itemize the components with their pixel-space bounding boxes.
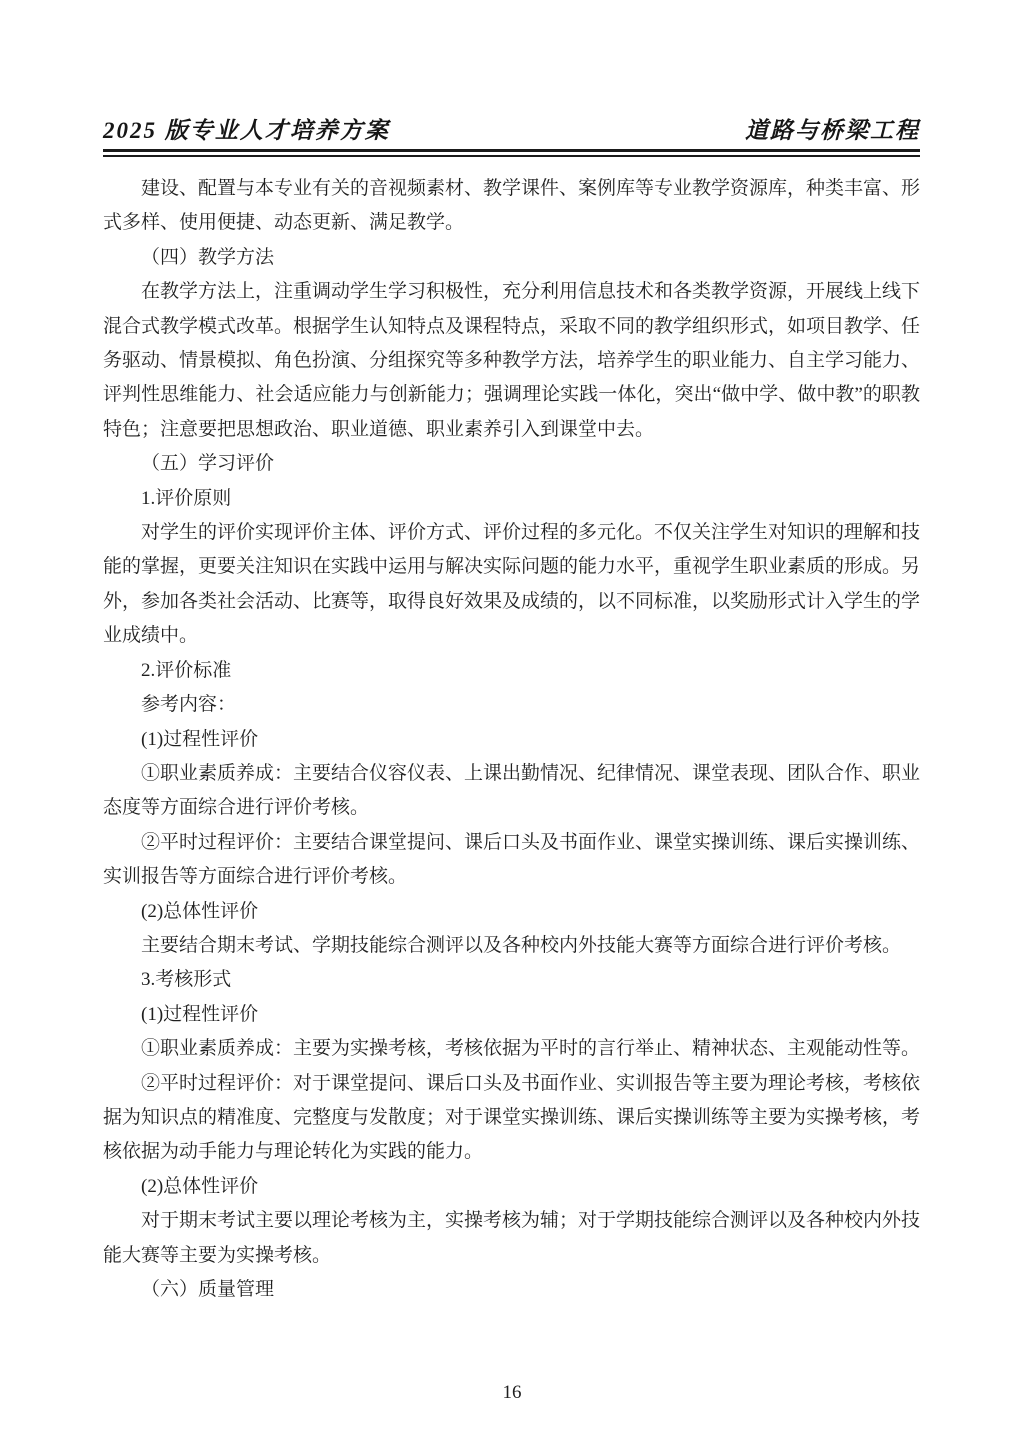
sub-item-process-evaluation-2: (1)过程性评价	[103, 998, 920, 1032]
header-left-title: 2025 版专业人才培养方案	[103, 116, 390, 146]
document-body: 建设、配置与本专业有关的音视频素材、教学课件、案例库等专业教学资源库，种类丰富、…	[103, 172, 920, 1307]
header-double-rule	[103, 149, 920, 157]
paragraph-teaching-methods: 在教学方法上，注重调动学生学习积极性，充分利用信息技术和各类教学资源，开展线上线…	[103, 275, 920, 447]
section-heading-learning-evaluation: （五）学习评价	[103, 447, 920, 481]
page-number: 16	[503, 1382, 522, 1403]
circled-item-professional-quality-1: ①职业素质养成：主要结合仪容仪表、上课出勤情况、纪律情况、课堂表现、团队合作、职…	[103, 757, 920, 826]
document-page: 2025 版专业人才培养方案 道路与桥梁工程 建设、配置与本专业有关的音视频素材…	[0, 0, 1024, 1448]
paragraph-overall-evaluation: 主要结合期末考试、学期技能综合测评以及各种校内外技能大赛等方面综合进行评价考核。	[103, 929, 920, 963]
circled-item-daily-process-1: ②平时过程评价：主要结合课堂提问、课后口头及书面作业、课堂实操训练、课后实操训练…	[103, 826, 920, 895]
circled-item-daily-process-2: ②平时过程评价：对于课堂提问、课后口头及书面作业、实训报告等主要为理论考核，考核…	[103, 1067, 920, 1170]
circled-item-professional-quality-2: ①职业素质养成：主要为实操考核，考核依据为平时的言行举止、精神状态、主观能动性等…	[103, 1032, 920, 1066]
section-heading-quality-management: （六）质量管理	[103, 1273, 920, 1307]
paragraph-final-exam: 对于期末考试主要以理论考核为主，实操考核为辅；对于学期技能综合测评以及各种校内外…	[103, 1204, 920, 1273]
page-header: 2025 版专业人才培养方案 道路与桥梁工程	[103, 116, 920, 157]
paragraph-reference-content: 参考内容：	[103, 688, 920, 722]
page-footer: 16	[0, 1382, 1024, 1404]
sub-item-overall-evaluation-2: (2)总体性评价	[103, 1170, 920, 1204]
section-heading-teaching-methods: （四）教学方法	[103, 241, 920, 275]
paragraph-evaluation-principle: 对学生的评价实现评价主体、评价方式、评价过程的多元化。不仅关注学生对知识的理解和…	[103, 516, 920, 654]
header-right-title: 道路与桥梁工程	[745, 116, 920, 146]
numbered-item-evaluation-principle: 1.评价原则	[103, 482, 920, 516]
numbered-item-evaluation-standard: 2.评价标准	[103, 654, 920, 688]
paragraph-teaching-resources: 建设、配置与本专业有关的音视频素材、教学课件、案例库等专业教学资源库，种类丰富、…	[103, 172, 920, 241]
sub-item-overall-evaluation-1: (2)总体性评价	[103, 895, 920, 929]
sub-item-process-evaluation-1: (1)过程性评价	[103, 723, 920, 757]
numbered-item-assessment-form: 3.考核形式	[103, 963, 920, 997]
